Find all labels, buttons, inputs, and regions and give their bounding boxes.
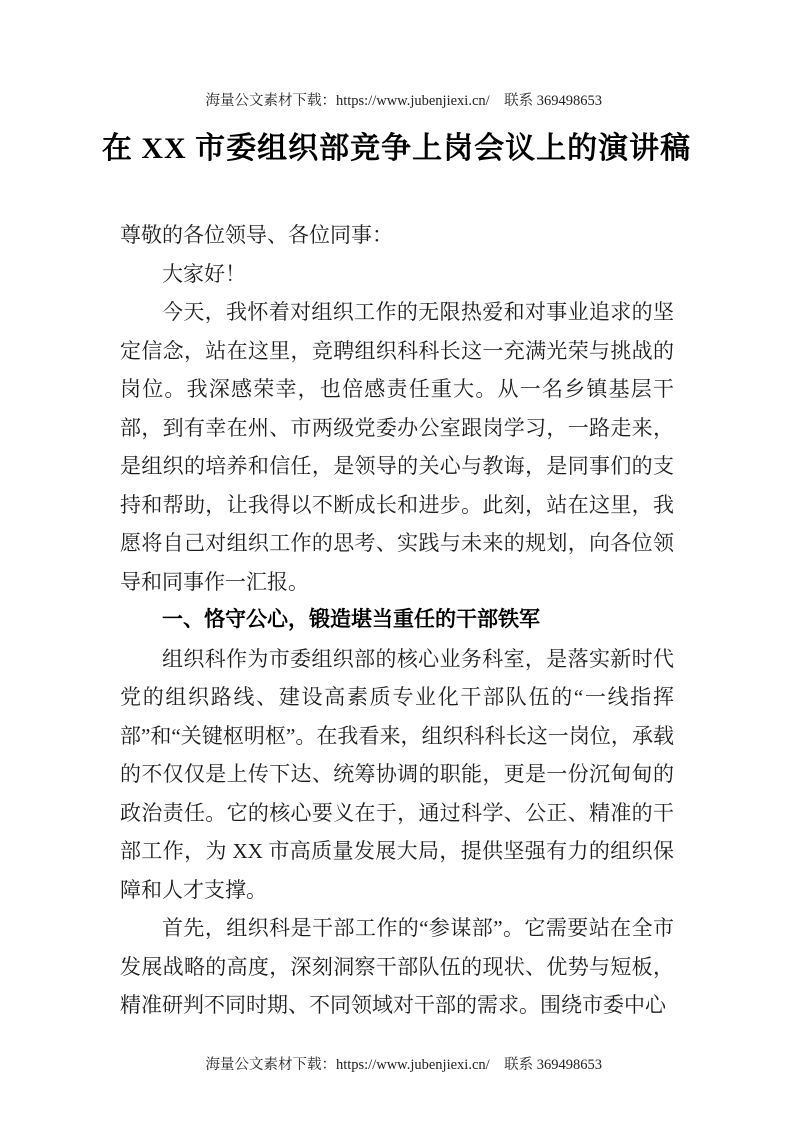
document-title: 在 XX 市委组织部竞争上岗会议上的演讲稿: [60, 127, 733, 171]
paragraph: 首先，组织科是干部工作的“参谋部”。它需要站在全市发展战略的高度，深刻洞察干部队…: [120, 909, 674, 1025]
footer-notice: 海量公文素材下载：https://www.jubenjiexi.cn/ 联系 3…: [205, 1057, 602, 1073]
document-page: 海量公文素材下载：https://www.jubenjiexi.cn/ 联系 3…: [0, 0, 793, 1122]
paragraph: 尊敬的各位领导、各位同事：: [120, 216, 674, 255]
document-header: 海量公文素材下载：https://www.jubenjiexi.cn/ 联系 3…: [0, 68, 793, 134]
paragraph: 大家好！: [120, 255, 674, 294]
header-notice: 海量公文素材下载：https://www.jubenjiexi.cn/ 联系 3…: [205, 93, 602, 109]
paragraph: 组织科作为市委组织部的核心业务科室，是落实新时代党的组织路线、建设高素质专业化干…: [120, 640, 674, 910]
section-heading: 一、恪守公心，锻造堪当重任的干部铁军: [120, 601, 674, 640]
document-footer: 海量公文素材下载：https://www.jubenjiexi.cn/ 联系 3…: [0, 1032, 793, 1098]
paragraph: 今天，我怀着对组织工作的无限热爱和对事业追求的坚定信念，站在这里，竞聘组织科科长…: [120, 293, 674, 601]
document-body: 尊敬的各位领导、各位同事：大家好！今天，我怀着对组织工作的无限热爱和对事业追求的…: [120, 216, 674, 1025]
